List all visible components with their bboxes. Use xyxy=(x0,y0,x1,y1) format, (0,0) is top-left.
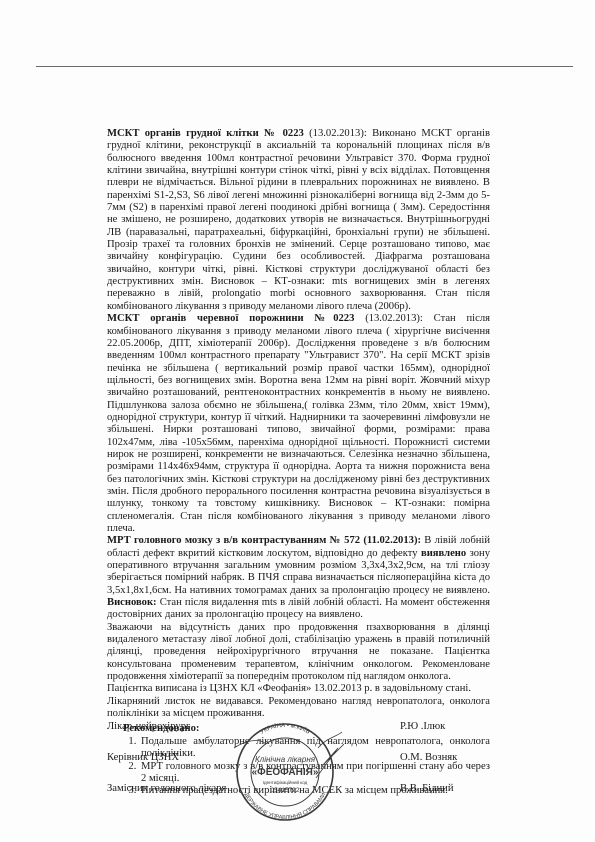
ct-chest-section: МСКТ органів грудної клітки № 0223 (13.0… xyxy=(107,128,490,313)
mri-brain-title: МРТ головного мозку з в/в контрастування… xyxy=(107,535,360,546)
ct-chest-date: (13.02.2013): xyxy=(309,128,367,139)
sick-leave-paragraph: Лікарняний листок не видавався. Рекоменд… xyxy=(107,696,490,721)
discharge-paragraph: Пацієнтка виписана із ЦЗНХ КЛ «Феофанія»… xyxy=(107,683,490,695)
scan-artifact xyxy=(100,448,500,450)
ct-abdomen-title: МСКТ органів черевної порожнини №0223 xyxy=(107,313,354,324)
signature-name: О.М. Возняк xyxy=(400,752,457,763)
ct-abdomen-date: (13.02.2013): xyxy=(365,313,423,324)
signature-role: Лікар-нейрохірург xyxy=(107,721,190,732)
signature-role: Керівник ЦЗНХ xyxy=(107,752,179,763)
signature-role: Замісник головного лікаря xyxy=(107,783,226,794)
signature-name: Р.Ю .Ілюк xyxy=(400,721,445,732)
svg-text:УКРАЇНА • м.КИЇВ: УКРАЇНА • м.КИЇВ xyxy=(259,723,310,736)
svg-text:«ФЕОФАНІЯ»: «ФЕОФАНІЯ» xyxy=(252,767,319,778)
svg-text:05415792: 05415792 xyxy=(271,787,300,794)
mri-conclusion-label: Висновок: xyxy=(107,597,157,608)
svg-text:Клінічна лікарня: Клінічна лікарня xyxy=(255,755,316,764)
mri-brain-section: МРТ головного мозку з в/в контрастування… xyxy=(107,535,490,621)
mri-brain-text-bold: виявлено xyxy=(421,548,466,559)
header-rule xyxy=(36,66,573,67)
mri-brain-date: (11.02.2013): xyxy=(363,535,421,546)
svg-text:Ідентифікаційний код: Ідентифікаційний код xyxy=(263,779,308,785)
signature-name: В.В. Бідний xyxy=(400,783,454,794)
ct-abdomen-section: МСКТ органів черевної порожнини №0223 (1… xyxy=(107,313,490,535)
mri-conclusion: Стан після видалення mts в лівій лобній … xyxy=(107,597,490,620)
ct-abdomen-text: Стан після комбінованого лікування з при… xyxy=(107,313,490,534)
document-page: МСКТ органів грудної клітки № 0223 (13.0… xyxy=(0,0,595,842)
clinic-stamp-icon: УКРАЇНА • м.КИЇВ ДЕРЖАВНЕ УПРАВЛІННЯ СПР… xyxy=(226,718,344,822)
ct-chest-text: Виконано МСКТ органів грудної клітини, р… xyxy=(107,128,490,312)
document-body: МСКТ органів грудної клітки № 0223 (13.0… xyxy=(107,128,490,798)
summary-paragraph: Зважаючи на відсутність даних про продов… xyxy=(107,622,490,684)
ct-chest-title: МСКТ органів грудної клітки № 0223 xyxy=(107,128,304,139)
